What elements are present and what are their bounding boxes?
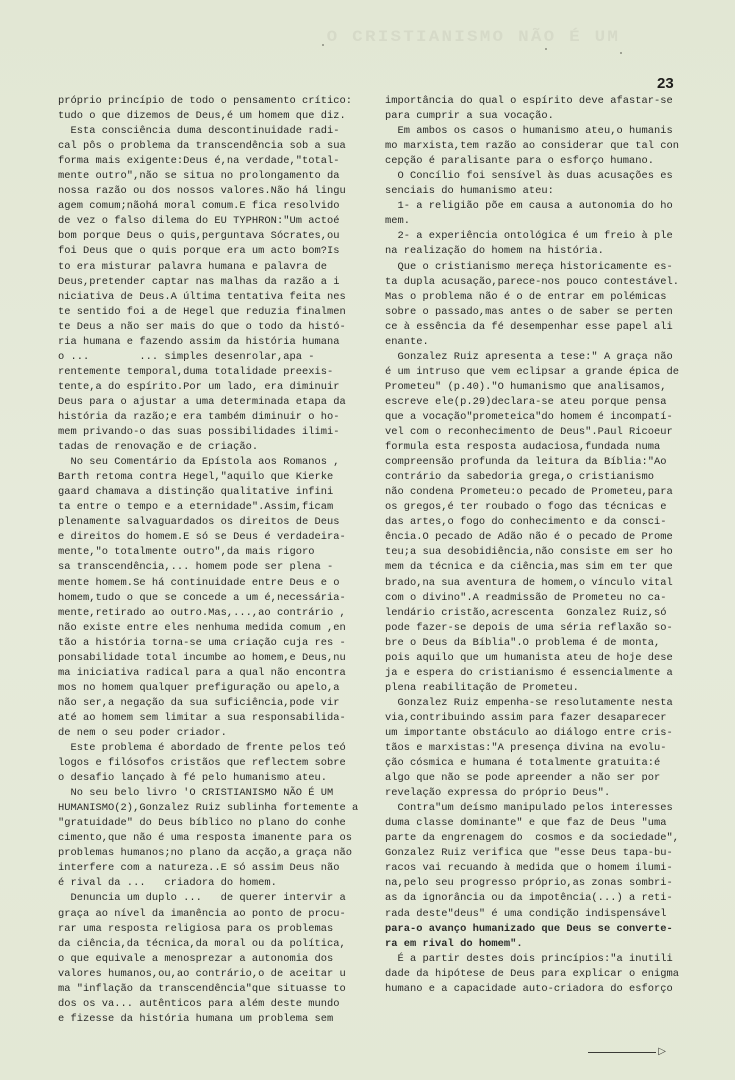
text-line: tadas de renovação e de criação. [58, 440, 378, 455]
text-line: parte da engrenagem do cosmos e da socie… [385, 831, 705, 846]
text-line: pode fazer-se depois de uma séria reflax… [385, 621, 705, 636]
text-line: teu;a sua desobidiência,não consiste em … [385, 545, 705, 560]
text-line: rentemente temporal,duma totalidade pree… [58, 365, 378, 380]
text-line: não condena Prometeu:o pecado de Promete… [385, 485, 705, 500]
text-line: que a vocação"prometeica"do homem é inco… [385, 410, 705, 425]
text-line: o que equivale a menosprezar a autonomia… [58, 952, 378, 967]
text-line: ponsabilidade total incumbe ao homem,e D… [58, 651, 378, 666]
ink-speck [322, 44, 324, 46]
text-line: plena reabilitação de Prometeu. [385, 681, 705, 696]
text-line: graça ao nível da imanência ao ponto de … [58, 907, 378, 922]
text-line: para cumprir a sua vocação. [385, 109, 705, 124]
text-line: ce à essência da fé desempenhar esse pap… [385, 320, 705, 335]
text-line: com o divino".A readmissão de Prometeu n… [385, 591, 705, 606]
text-line: te sentido foi a de Hegel que reduzia fi… [58, 305, 378, 320]
document-page: O CRISTIANISMO NÃO É UM 23 próprio princ… [0, 0, 735, 1080]
text-line: No seu belo livro 'O CRISTIANISMO NÃO É … [58, 786, 378, 801]
text-line: mente homem.Se há continuidade entre Deu… [58, 576, 378, 591]
text-line: agem comum;nãohá moral comum.E fica reso… [58, 199, 378, 214]
text-line: mo marxista,tem razão ao considerar que … [385, 139, 705, 154]
text-line: 2- a experiência ontológica é um freio à… [385, 229, 705, 244]
text-line: enante. [385, 335, 705, 350]
text-line: foi Deus que o quis porque era um acto b… [58, 244, 378, 259]
text-line: um importante obstáculo ao diálogo entre… [385, 726, 705, 741]
text-line: É a partir destes dois princípios:"a inu… [385, 952, 705, 967]
text-line: Contra"um deísmo manipulado pelos intere… [385, 801, 705, 816]
page-number: 23 [657, 75, 674, 92]
arrow-shaft [588, 1052, 656, 1053]
text-line: Gonzalez Ruiz empenha-se resolutamente n… [385, 696, 705, 711]
text-line: revelação expressa do próprio Deus". [385, 786, 705, 801]
text-line: No seu Comentário da Epístola aos Romano… [58, 455, 378, 470]
text-line: forma mais exigente:Deus é,na verdade,"t… [58, 154, 378, 169]
text-line: humano e a capacidade auto-criadora do e… [385, 982, 705, 997]
text-line: Em ambos os casos o humanismo ateu,o hum… [385, 124, 705, 139]
text-line: ja e espera do cristianismo é essencialm… [385, 666, 705, 681]
text-line: pois aquilo que um humanista ateu de hoj… [385, 651, 705, 666]
text-line: tão a história torna-se uma criação cuja… [58, 636, 378, 651]
text-line: dade da hipótese de Deus para explicar o… [385, 967, 705, 982]
text-line: mem da técnica e da ciência,mas sim em t… [385, 560, 705, 575]
text-line: homem,tudo o que se concede a um é,neces… [58, 591, 378, 606]
text-line: importância do qual o espírito deve afas… [385, 94, 705, 109]
text-line: não ser,a negação da sua suficiência,pod… [58, 696, 378, 711]
text-line: mem privando-o das suas possibilidades i… [58, 425, 378, 440]
text-line: tãos e marxistas:"A presença divina na e… [385, 741, 705, 756]
text-line: bre o Deus da Bíblia".O problema é de mo… [385, 636, 705, 651]
text-line: mente outro",não se situa no prolongamen… [58, 169, 378, 184]
text-line: Deus para o ajustar a uma determinada et… [58, 395, 378, 410]
ink-speck [545, 48, 547, 50]
text-line: de nem o seu poder criador. [58, 726, 378, 741]
continuation-arrow: ▷ [588, 1048, 666, 1056]
text-line: escreve ele(p.29)declara-se ateu porque … [385, 395, 705, 410]
text-line: as da ignorância ou da impotência(...) a… [385, 891, 705, 906]
text-line: ria humana e fazendo assim da história h… [58, 335, 378, 350]
text-line: e direitos do homem.E só se Deus é verda… [58, 530, 378, 545]
text-line: ta entre o tempo e a eternidade".Assim,f… [58, 500, 378, 515]
left-column: próprio princípio de todo o pensamento c… [58, 94, 378, 1027]
text-line: para-o avanço humanizado que Deus se con… [385, 922, 705, 937]
text-line: mente,"o totalmente outro",da mais rigor… [58, 545, 378, 560]
text-line: é um intruso que vem eclipsar a grande é… [385, 365, 705, 380]
text-line: sobre o passado,mas antes o de saber se … [385, 305, 705, 320]
text-line: plenamente salvaguardados os direitos de… [58, 515, 378, 530]
ink-speck [620, 52, 622, 54]
text-line: o desafio lançado à fé pelo humanismo at… [58, 771, 378, 786]
text-line: história da razão;e era também diminuir … [58, 410, 378, 425]
text-line: mente,retirado ao outro.Mas,...,ao contr… [58, 606, 378, 621]
text-line: bom porque Deus o quis,perguntava Sócrat… [58, 229, 378, 244]
text-line: mos no homem qualquer prefiguração ou ap… [58, 681, 378, 696]
text-line: e fizesse da história humana um problema… [58, 1012, 378, 1027]
text-line: ra em rival do homem". [385, 937, 705, 952]
text-line: Mas o problema não é o de entrar em polé… [385, 290, 705, 305]
text-line: das artes,o fogo do conhecimento e da co… [385, 515, 705, 530]
text-line: cepção é paralisante para o esforço huma… [385, 154, 705, 169]
text-line: próprio princípio de todo o pensamento c… [58, 94, 378, 109]
text-line: contrário da sabedoria grega,o cristiani… [385, 470, 705, 485]
text-line: ma iniciativa radical para a qual não en… [58, 666, 378, 681]
text-line: Esta consciência duma descontinuidade ra… [58, 124, 378, 139]
arrow-head-icon: ▷ [658, 1048, 666, 1056]
text-line: Este problema é abordado de frente pelos… [58, 741, 378, 756]
text-line: algo que não se pode apreender a não ser… [385, 771, 705, 786]
text-line: não existe entre eles nenhuma medida com… [58, 621, 378, 636]
text-line: mem. [385, 214, 705, 229]
text-line: formula esta resposta audaciosa,fundada … [385, 440, 705, 455]
text-line: compreensão profunda da leitura da Bíbli… [385, 455, 705, 470]
text-line: senciais do humanismo ateu: [385, 184, 705, 199]
text-line: logos e filósofos cristãos que reflectem… [58, 756, 378, 771]
text-line: até ao homem sem limitar a sua responsab… [58, 711, 378, 726]
bleed-through-text: O CRISTIANISMO NÃO É UM [327, 28, 621, 46]
text-line: Prometeu" (p.40)."O humanismo que analis… [385, 380, 705, 395]
text-line: to era misturar palavra humana e palavra… [58, 260, 378, 275]
text-line: Denuncia um duplo ... de querer intervir… [58, 891, 378, 906]
text-line: de vez o falso dilema do EU TYPHRON:"Um … [58, 214, 378, 229]
text-line: O Concílio foi sensível às duas acusaçõe… [385, 169, 705, 184]
text-line: interfere com a natureza..E só assim Deu… [58, 861, 378, 876]
text-line: rar uma resposta religiosa para os probl… [58, 922, 378, 937]
text-line: cal pôs o problema da transcendência sob… [58, 139, 378, 154]
text-line: é rival da ... criadora do homem. [58, 876, 378, 891]
text-line: "gratuidade" do Deus bíblico no plano do… [58, 816, 378, 831]
text-line: sa transcendência,... homem pode ser ple… [58, 560, 378, 575]
text-line: Gonzalez Ruiz apresenta a tese:" A graça… [385, 350, 705, 365]
text-line: via,contribuindo assim para fazer desapa… [385, 711, 705, 726]
text-line: valores humanos,ou,ao contrário,o de ace… [58, 967, 378, 982]
text-line: rada deste"deus" é uma condição indispen… [385, 907, 705, 922]
text-line: ma "inflação da transcendência"que situa… [58, 982, 378, 997]
text-line: ção cósmica e humana é totalmente gratui… [385, 756, 705, 771]
right-column: importância do qual o espírito deve afas… [385, 94, 705, 997]
text-line: racos vai recuando à medida que o homem … [385, 861, 705, 876]
text-line: o ... ... simples desenrolar,apa - [58, 350, 378, 365]
text-line: da ciência,da técnica,da moral ou da pol… [58, 937, 378, 952]
text-line: os gregos,é ter roubado o fogo das técni… [385, 500, 705, 515]
text-line: tente,a do espírito.Por um lado, era dim… [58, 380, 378, 395]
text-line: tudo o que dizemos de Deus,é um homem qu… [58, 109, 378, 124]
text-line: problemas humanos;no plano da acção,a gr… [58, 846, 378, 861]
text-line: dos os va... autênticos para além deste … [58, 997, 378, 1012]
text-line: ta dupla acusação,parece-nos pouco conte… [385, 275, 705, 290]
text-line: brado,na sua aventura de homem,o vínculo… [385, 576, 705, 591]
text-line: 1- a religião põe em causa a autonomia d… [385, 199, 705, 214]
text-line: ência.O pecado de Adão não é o pecado de… [385, 530, 705, 545]
text-line: te Deus a não ser mais do que o todo da … [58, 320, 378, 335]
text-line: HUMANISMO(2),Gonzalez Ruiz sublinha fort… [58, 801, 378, 816]
text-line: na,pelo seu progresso próprio,as zonas s… [385, 876, 705, 891]
text-line: Que o cristianismo mereça historicamente… [385, 260, 705, 275]
text-line: Deus,pretender captar nas malhas da razã… [58, 275, 378, 290]
text-line: Barth retoma contra Hegel,"aquilo que Ki… [58, 470, 378, 485]
text-line: vel com o reconhecimento de Deus".Paul R… [385, 425, 705, 440]
text-line: niciativa de Deus.A última tentativa fei… [58, 290, 378, 305]
text-line: gaard chamava a distinção qualitative in… [58, 485, 378, 500]
text-line: Gonzalez Ruiz verifica que "esse Deus ta… [385, 846, 705, 861]
text-line: na realização do homem na história. [385, 244, 705, 259]
text-line: nossa razão ou dos nossos valores.Não há… [58, 184, 378, 199]
text-line: cimento,que não é uma resposta imanente … [58, 831, 378, 846]
text-line: duma classe dominante" e que faz de Deus… [385, 816, 705, 831]
text-line: lendário cristão,acrescenta Gonzalez Rui… [385, 606, 705, 621]
